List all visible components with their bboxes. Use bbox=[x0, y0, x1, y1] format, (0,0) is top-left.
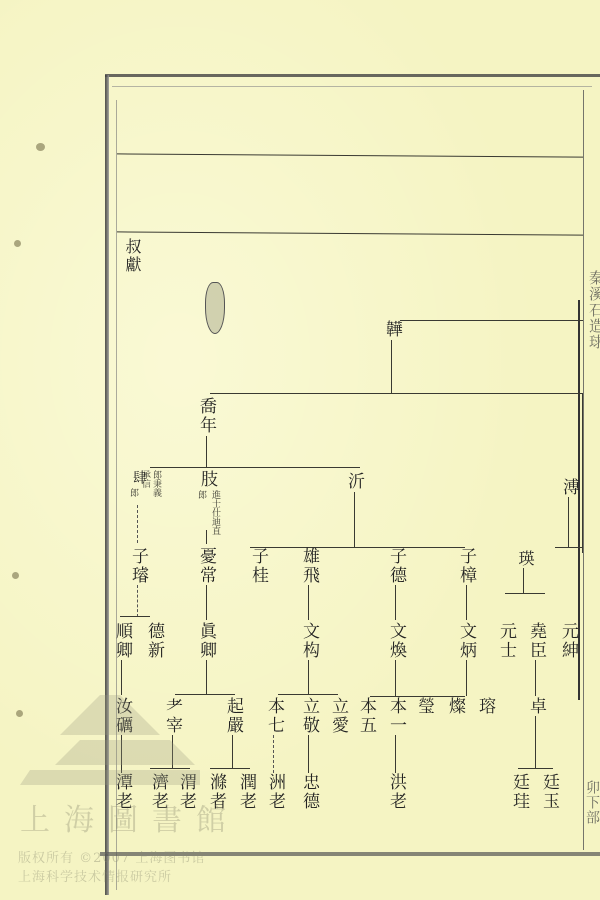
frame-right-border bbox=[583, 90, 584, 850]
person-honglao: 洪老 bbox=[387, 773, 404, 811]
tree-branch bbox=[250, 547, 465, 548]
tree-branch bbox=[582, 393, 583, 553]
person-zhuo: 卓 bbox=[527, 697, 544, 716]
tree-branch bbox=[206, 436, 207, 468]
tree-branch bbox=[518, 768, 553, 769]
watermark-institute: 上海科学技术情报研究所 bbox=[18, 866, 172, 885]
person-yi: 沂 bbox=[345, 472, 362, 491]
person-shunqing: 順卿 bbox=[113, 622, 130, 660]
person-benqi: 本七 bbox=[265, 697, 282, 735]
tree-branch bbox=[400, 320, 583, 321]
person-zigui: 子桂 bbox=[249, 547, 266, 585]
person-tinggui: 廷珪 bbox=[510, 773, 527, 811]
tree-branch bbox=[210, 768, 250, 769]
tree-branch bbox=[523, 568, 524, 594]
tree-branch bbox=[120, 616, 150, 617]
tree-branch bbox=[308, 585, 309, 620]
tree-branch bbox=[505, 593, 545, 594]
paper-stain bbox=[36, 143, 45, 151]
tree-branch bbox=[308, 735, 309, 773]
person-qiaonian: 喬年 bbox=[197, 397, 214, 435]
tree-branch bbox=[206, 660, 207, 695]
library-logo-icon bbox=[20, 690, 200, 790]
person-zhoulao: 洲老 bbox=[266, 773, 283, 811]
rule-line bbox=[117, 153, 583, 157]
watermark-title: 上海圖書館 bbox=[20, 795, 240, 839]
person-zhi: 肢 bbox=[198, 470, 215, 489]
frame-top-border bbox=[105, 74, 600, 77]
person-yuanshen: 元紳 bbox=[559, 622, 576, 660]
tree-branch bbox=[206, 530, 207, 544]
tree-branch bbox=[308, 660, 309, 695]
tree-branch bbox=[354, 492, 355, 548]
tree-branch bbox=[232, 735, 233, 768]
person-note: 郎 bbox=[196, 490, 206, 499]
person-zixuan: 子璿 bbox=[129, 547, 146, 585]
person-note: 郎秉義 bbox=[151, 470, 161, 497]
person-ying2: 瑩 bbox=[415, 697, 432, 716]
person-benwu: 本五 bbox=[357, 697, 374, 735]
genealogy-page: 秦溪石造球 卯下部 叔獻 韡 喬年 溥 肆 郎 承信 郎秉義 肢 郎 進士仕迪直… bbox=[0, 0, 600, 900]
paper-stain bbox=[12, 572, 19, 579]
tree-branch bbox=[535, 660, 536, 696]
tree-branch bbox=[137, 505, 138, 543]
person-dexin: 德新 bbox=[145, 622, 162, 660]
tree-branch bbox=[568, 497, 569, 547]
person-note: 進士仕迪直 bbox=[210, 490, 220, 535]
person-youchang: 憂常 bbox=[197, 547, 214, 585]
person-liai: 立愛 bbox=[329, 697, 346, 735]
right-margin-rule bbox=[578, 300, 580, 700]
tree-branch bbox=[273, 735, 274, 773]
person-wenhuan: 文煥 bbox=[387, 622, 404, 660]
ink-blot bbox=[205, 282, 225, 334]
person-wei: 韡 bbox=[383, 320, 400, 339]
tree-branch bbox=[555, 547, 582, 548]
frame-top-inner-border bbox=[112, 86, 592, 87]
tree-branch bbox=[210, 393, 583, 394]
person-rong: 瑢 bbox=[476, 697, 493, 716]
person-qiyan: 起嚴 bbox=[224, 697, 241, 735]
side-label: 卯下部 bbox=[582, 780, 600, 825]
person-yuanshi: 元士 bbox=[497, 622, 514, 660]
tree-branch bbox=[535, 716, 536, 768]
person-pu: 溥 bbox=[560, 478, 577, 497]
tree-branch bbox=[150, 467, 360, 468]
person-zide: 子德 bbox=[387, 547, 404, 585]
tree-branch bbox=[137, 585, 138, 617]
person-zhenqing: 眞卿 bbox=[197, 622, 214, 660]
person-wengou: 文构 bbox=[300, 622, 317, 660]
person-lijing: 立敬 bbox=[300, 697, 317, 735]
side-title: 秦溪石造球 bbox=[586, 270, 600, 350]
person-benyi: 本一 bbox=[387, 697, 404, 735]
tree-branch bbox=[466, 585, 467, 620]
person-note: 郎 bbox=[128, 488, 138, 497]
person-xiongfei: 雄飛 bbox=[300, 547, 317, 585]
tree-branch bbox=[391, 340, 392, 394]
tree-branch bbox=[395, 735, 396, 773]
person-zhongde: 忠德 bbox=[300, 773, 317, 811]
rule-line bbox=[117, 231, 583, 235]
tree-branch bbox=[395, 585, 396, 620]
tree-branch bbox=[395, 660, 396, 696]
tree-branch bbox=[466, 660, 467, 696]
paper-stain bbox=[14, 240, 21, 247]
tree-branch bbox=[278, 694, 338, 695]
person-zizhang: 子樟 bbox=[457, 547, 474, 585]
person-yaochen: 堯臣 bbox=[527, 622, 544, 660]
tree-branch bbox=[206, 585, 207, 620]
person-ying: 瑛 bbox=[517, 550, 534, 568]
watermark-copyright: 版权所有 ©2007 上海图书馆 bbox=[18, 847, 205, 866]
person-note: 承信 bbox=[140, 470, 150, 488]
person-shuxian: 叔獻 bbox=[124, 238, 141, 274]
person-tingyu: 廷玉 bbox=[540, 773, 557, 811]
person-can: 燦 bbox=[446, 697, 463, 716]
person-wenbing: 文炳 bbox=[457, 622, 474, 660]
